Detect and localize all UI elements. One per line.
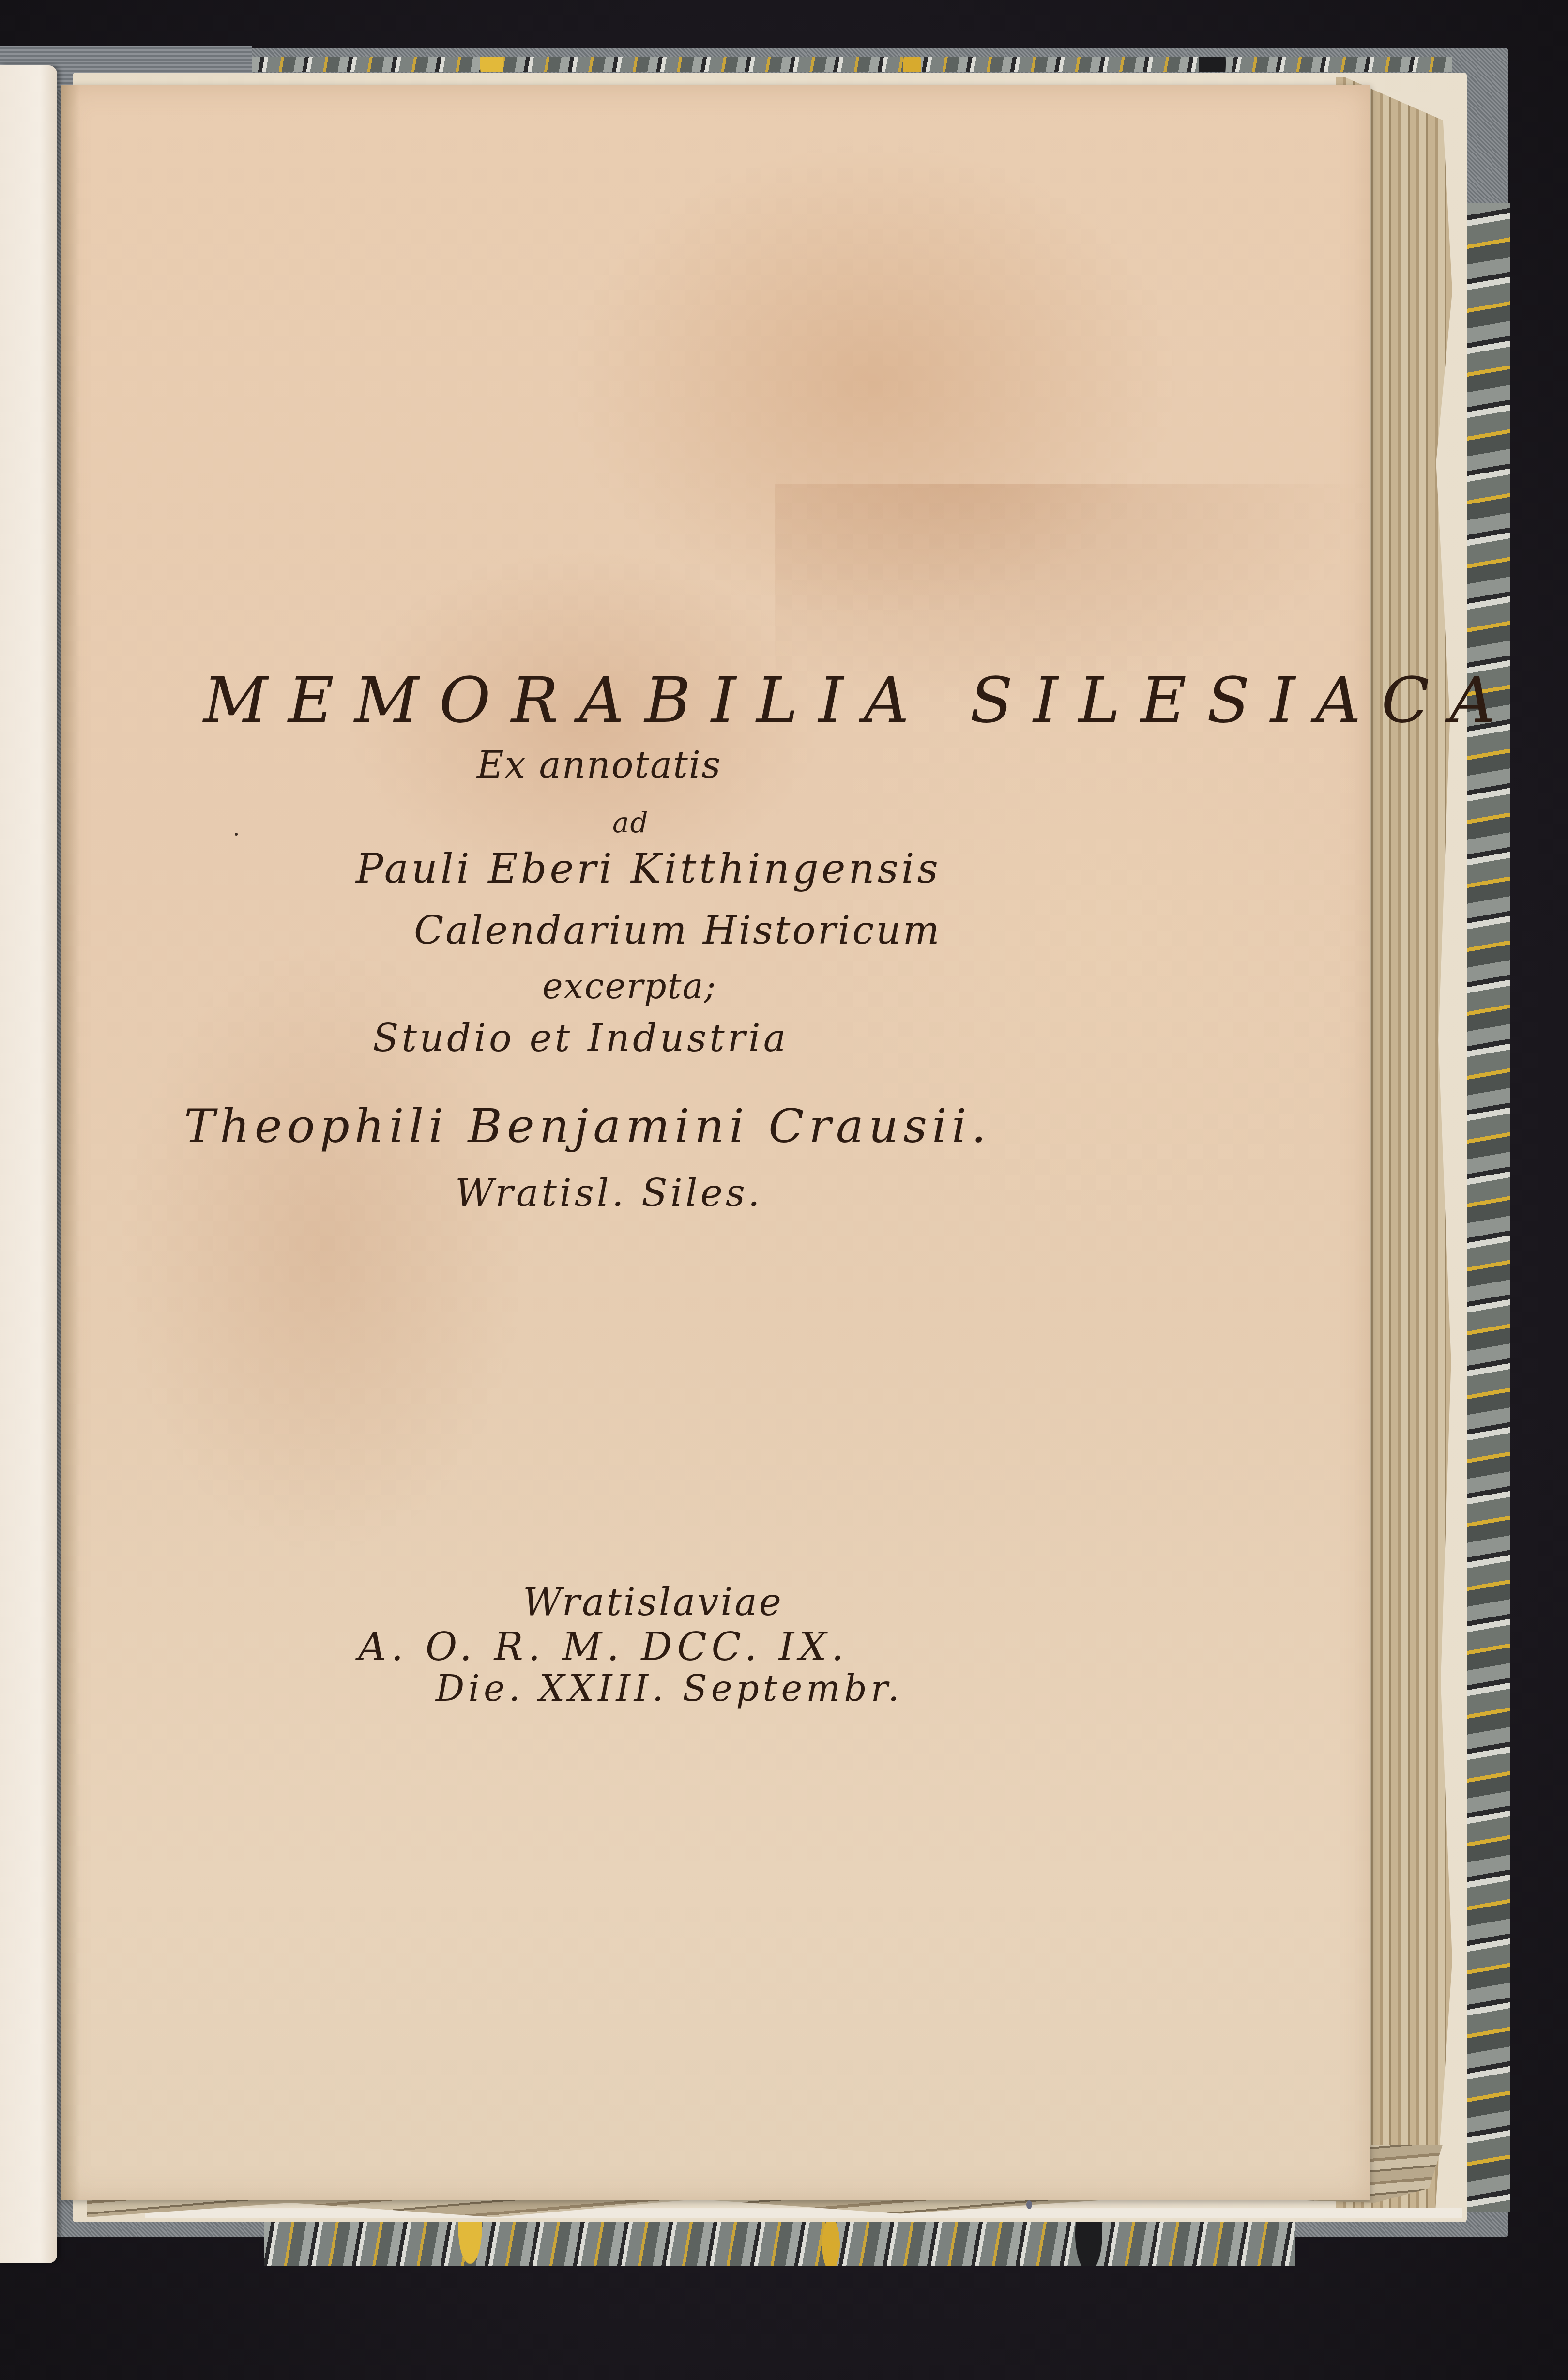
left-facing-page xyxy=(0,65,57,2263)
page-gutter-shadow xyxy=(61,85,80,2200)
white-sheet-edge xyxy=(145,2208,1462,2218)
manuscript-line: Ex annotatis xyxy=(477,743,721,786)
manuscript-title: MEMORABILIA SILESIACA xyxy=(203,663,1516,737)
imprint-place: Wratislaviae xyxy=(523,1581,783,1624)
manuscript-line: Studio et Industria xyxy=(373,1017,789,1060)
manuscript-line: excerpta; xyxy=(542,966,717,1007)
author-name: Theophili Benjamini Crausii. xyxy=(184,1099,991,1153)
author-origin: Wratisl. Siles. xyxy=(455,1172,763,1215)
imprint-year: A. O. R. M. DCC. IX. xyxy=(358,1624,849,1669)
marbled-edge-top xyxy=(252,57,1452,72)
manuscript-line: Calendarium Historicum xyxy=(414,908,942,953)
manuscript-line: Pauli Eberi Kitthingensis xyxy=(356,845,941,892)
imprint-day: Die. XXIII. Septembr. xyxy=(436,1668,903,1709)
ink-mark xyxy=(1026,2200,1032,2209)
ink-dot xyxy=(235,833,238,836)
manuscript-line: ad xyxy=(612,806,649,839)
